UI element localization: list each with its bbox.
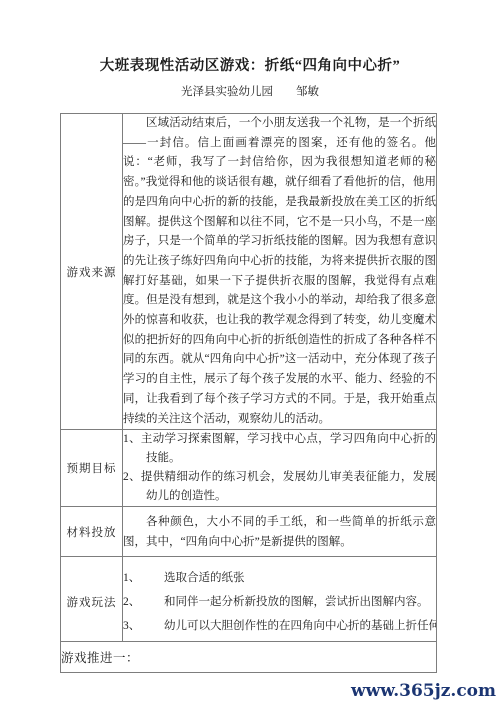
play-step-1-text: 选取合适的纸张 [164,572,245,584]
play-step-3: 3、幼儿可以大胆创作性的在四角向中心折的基础上折任何东西。 [123,619,436,634]
game-play-label-text: 游戏玩法 [61,589,122,610]
row-label-game-source: 游戏来源 [61,114,123,430]
activity-table: 游戏来源 区域活动结束后，一个小朋友送我一个礼物，是一个折纸——一封信。信上面画… [60,113,437,673]
row-label-expected-goals: 预期目标 [61,430,123,507]
table-row-game-advance: 游戏推进一： [61,642,437,673]
play-step-1-number: 1、 [123,571,164,586]
game-source-cell: 区域活动结束后，一个小朋友送我一个礼物，是一个折纸——一封信。信上面画着漂亮的图… [123,114,437,430]
game-source-paragraph: 区域活动结束后，一个小朋友送我一个礼物，是一个折纸——一封信。信上面画着漂亮的图… [123,114,436,429]
document-title: 大班表现性活动区游戏：折纸“四角向中心折” [0,56,500,76]
play-step-3-text: 幼儿可以大胆创作性的在四角向中心折的基础上折任何东西。 [164,620,437,632]
watermark-link[interactable]: www.365jz.com [351,681,496,701]
expected-goals-cell: 1、主动学习探索图解，学习找中心点，学习四角向中心折的技能。 2、提供精细动作的… [123,430,437,507]
row-label-game-play: 游戏玩法 [61,557,123,642]
play-step-3-number: 3、 [123,619,164,634]
goal-item-1: 1、主动学习探索图解，学习找中心点，学习四角向中心折的技能。 [123,430,436,468]
table-row-game-source: 游戏来源 区域活动结束后，一个小朋友送我一个礼物，是一个折纸——一封信。信上面画… [61,114,437,430]
play-step-1: 1、选取合适的纸张 [123,571,436,586]
materials-paragraph: 各种颜色，大小不同的手工纸，和一些简单的折纸示意图，其中，“四角向中心折”是新提… [123,512,436,552]
game-advance-label: 游戏推进一： [61,642,437,673]
table-row-game-play: 游戏玩法 1、选取合适的纸张 2、和同伴一起分析新投放的图解，尝试折出图解内容。… [61,557,437,642]
materials-cell: 各种颜色，大小不同的手工纸，和一些简单的折纸示意图，其中，“四角向中心折”是新提… [123,507,437,557]
document-subtitle: 光泽县实验幼儿园 邹敏 [0,84,500,100]
row-label-materials: 材料投放 [61,507,123,557]
play-step-2: 2、和同伴一起分析新投放的图解，尝试折出图解内容。 [123,595,436,610]
play-step-2-text: 和同伴一起分析新投放的图解，尝试折出图解内容。 [164,596,429,608]
document-page: 大班表现性活动区游戏：折纸“四角向中心折” 光泽县实验幼儿园 邹敏 游戏来源 区… [0,56,500,673]
game-play-cell: 1、选取合适的纸张 2、和同伴一起分析新投放的图解，尝试折出图解内容。 3、幼儿… [123,557,437,642]
play-step-2-number: 2、 [123,595,164,610]
table-row-expected-goals: 预期目标 1、主动学习探索图解，学习找中心点，学习四角向中心折的技能。 2、提供… [61,430,437,507]
goal-item-2: 2、提供精细动作的练习机会，发展幼儿审美表征能力，发展幼儿的创造性。 [123,468,436,506]
table-row-materials: 材料投放 各种颜色，大小不同的手工纸，和一些简单的折纸示意图，其中，“四角向中心… [61,507,437,557]
